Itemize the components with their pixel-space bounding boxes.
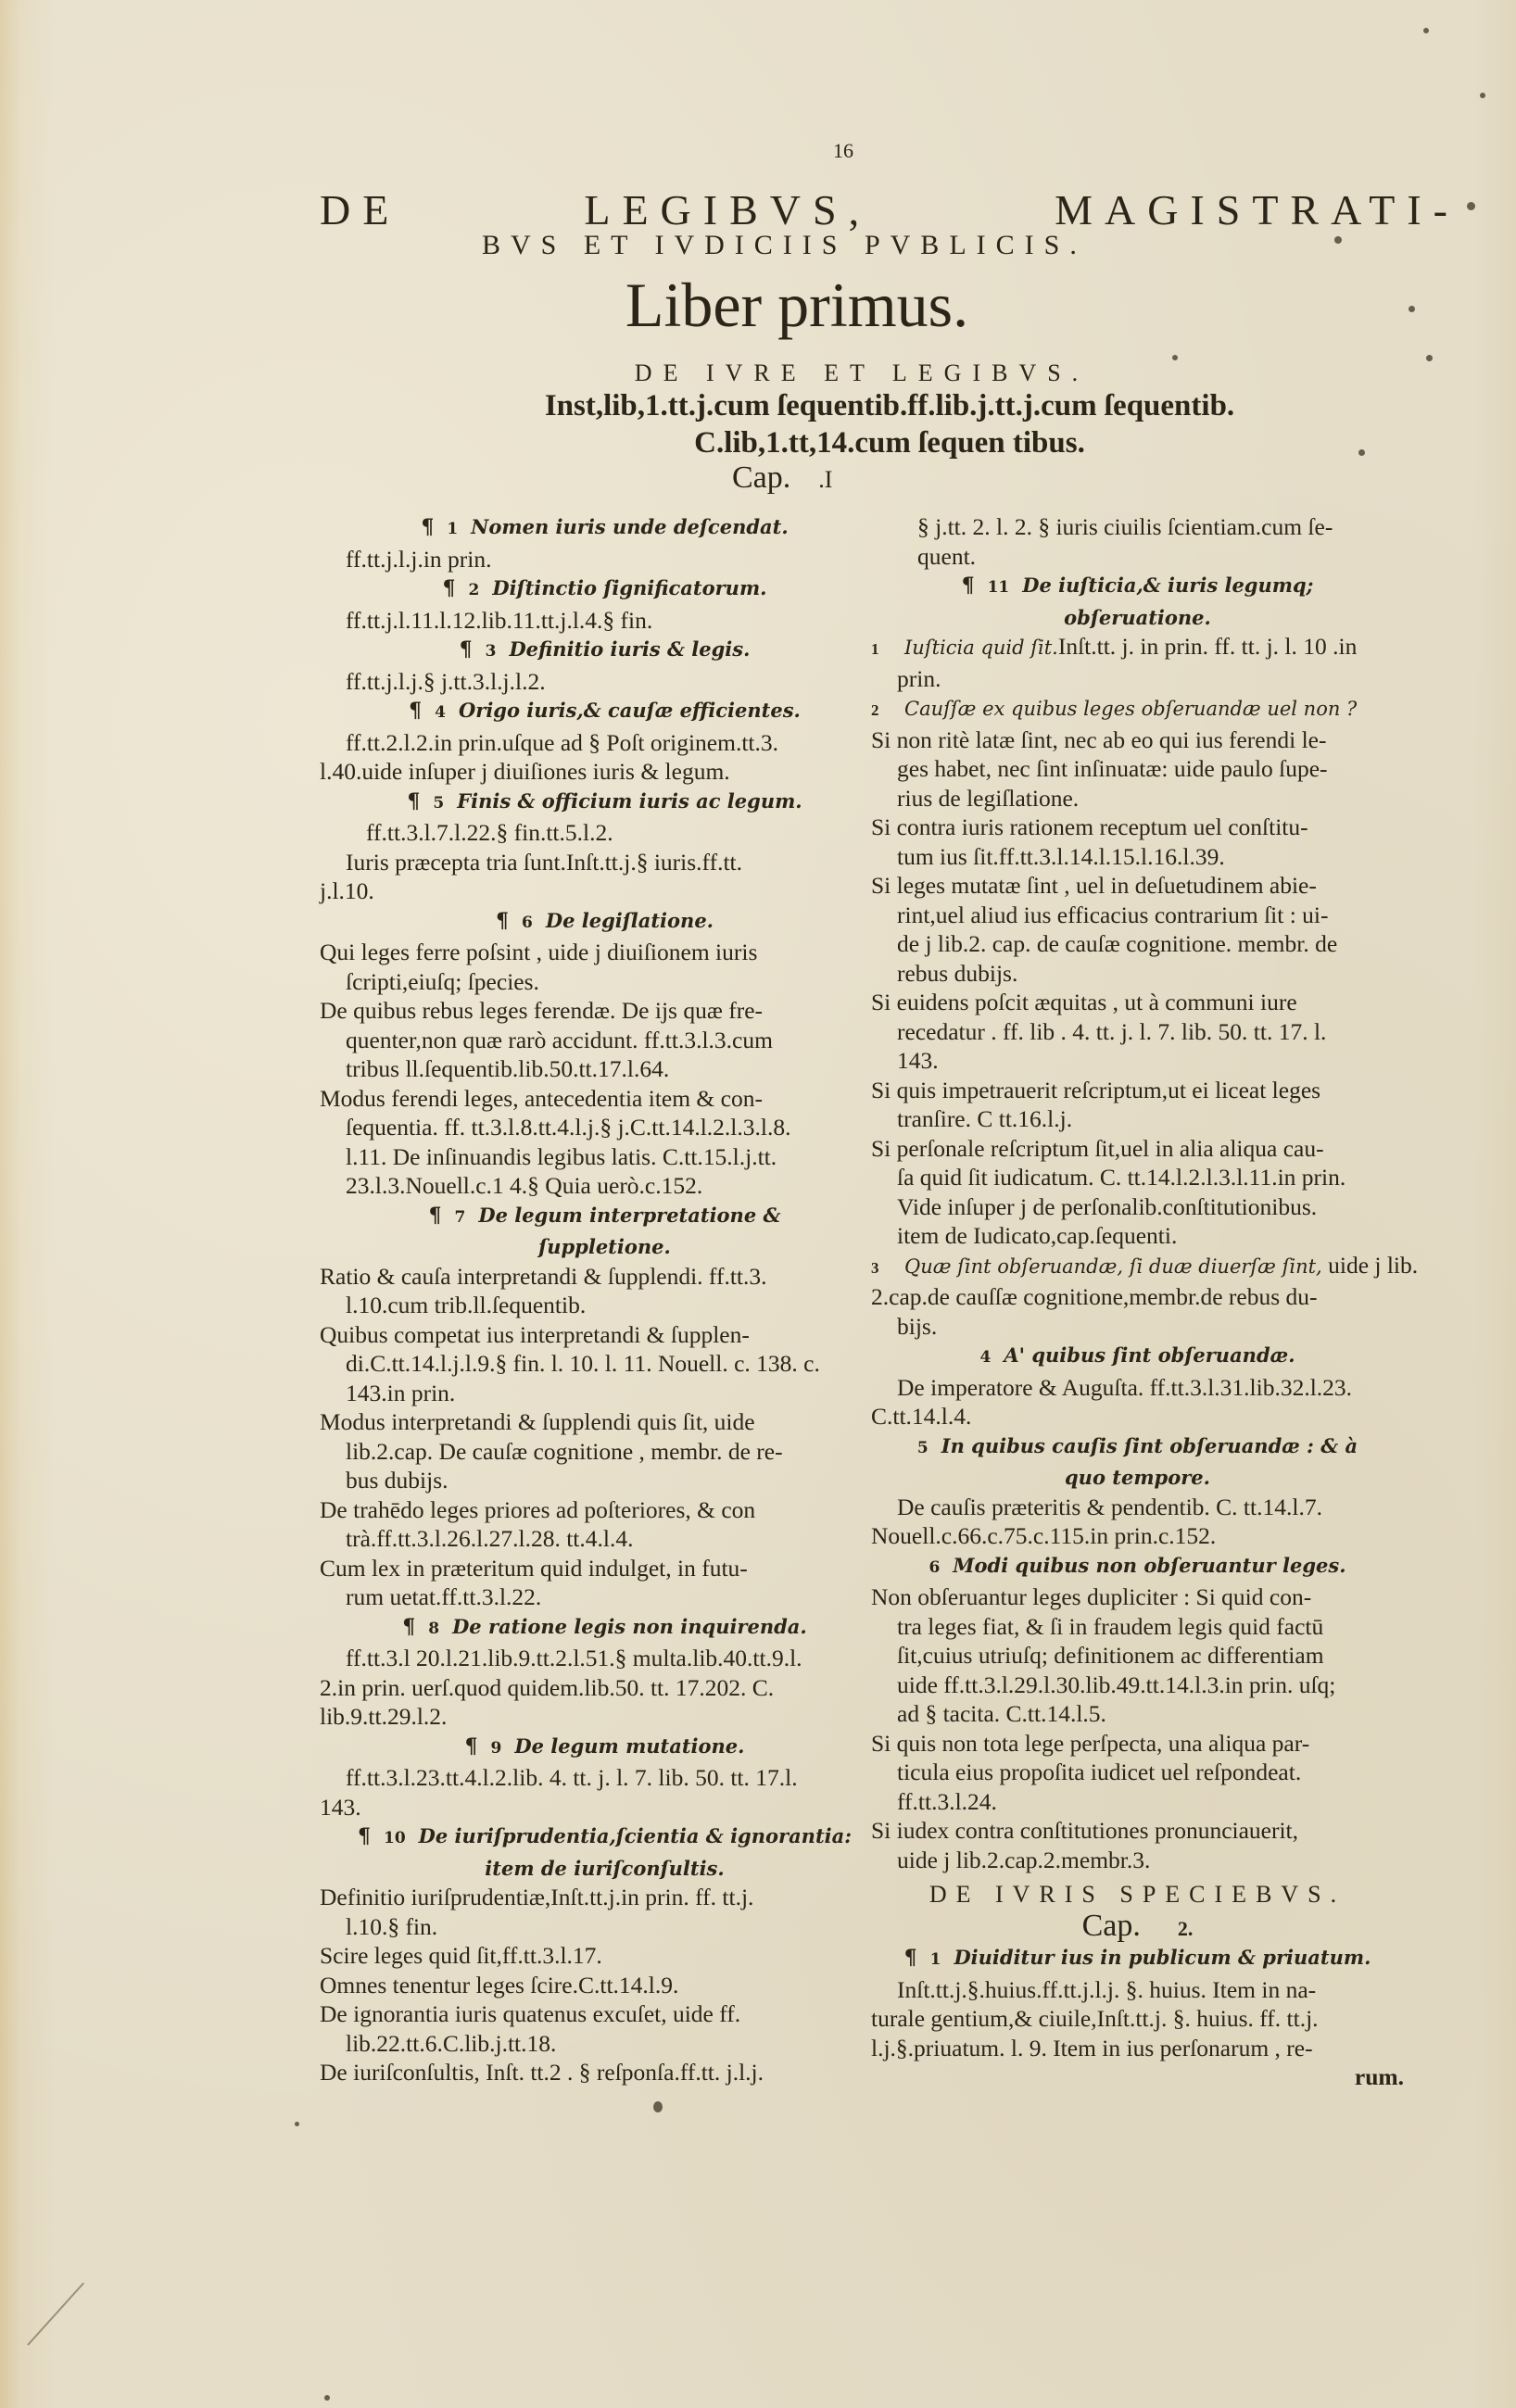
paper-spot [1172, 355, 1178, 360]
rubric-heading-continuation: item de iuriſconſultis. [320, 1854, 890, 1884]
rubric-heading: ¶3Definitio iuris & legis. [320, 635, 890, 667]
book-title: Liber primus. [519, 269, 1075, 342]
text-line: rint,uel aliud ius efficacius contrarium… [871, 901, 1404, 930]
rubric-heading: ¶6De legiſlatione. [320, 906, 890, 939]
chapter-number: 2. [1178, 1917, 1194, 1940]
paper-spot [653, 2101, 663, 2112]
catchword: rum. [871, 2062, 1404, 2092]
text-line: Scire leges quid ſit,ff.tt.3.l.17. [320, 1941, 890, 1971]
numbered-subheading: 5In quibus cauſis ſint obſeruandæ : & à [871, 1431, 1404, 1464]
text-line: ticula eius propoſita iudicet uel reſpon… [871, 1758, 1404, 1787]
text-line: ad § tacita. C.tt.14.l.5. [871, 1699, 1404, 1729]
text-line: 23.l.3.Nouell.c.1 4.§ Quia uerò.c.152. [320, 1171, 890, 1201]
paper-spot [1358, 449, 1365, 456]
text-line: 2.in prin. uerſ.quod quidem.lib.50. tt. … [320, 1673, 890, 1703]
rubric-number: 9 [491, 1739, 502, 1758]
text-line: ff.tt.j.l.j.§ j.tt.3.l.j.l.2. [320, 667, 890, 697]
text-line: recedatur . ff. lib . 4. tt. j. l. 7. li… [871, 1017, 1404, 1047]
text-line: 2.cap.de cauſſæ cognitione,membr.de rebu… [871, 1282, 1404, 1312]
paper-spot [1409, 306, 1415, 312]
text-line: Cum lex in præteritum quid indulget, in … [320, 1554, 890, 1583]
entry-italic-lead: Iuſticia quid ſit. [904, 637, 1058, 659]
subheading-number: 5 [917, 1439, 929, 1457]
rubric-heading: ¶11De iuſticia,& iuris legumq; [871, 571, 1404, 603]
pilcrow-icon: ¶ [409, 699, 422, 723]
text-line: tranſire. C tt.16.l.j. [871, 1104, 1404, 1134]
text-line: Si contra iuris rationem receptum uel co… [871, 813, 1404, 842]
entry-italic-lead: Cauſſæ ex quibus leges obſeruandæ uel no… [904, 698, 1357, 720]
entry-number: 3 [871, 1254, 904, 1283]
text-line: ſit,cuius utriuſq; definitionem ac diffe… [871, 1641, 1404, 1670]
chapter-label: Cap. [732, 460, 790, 495]
text-line: 143. [871, 1046, 1404, 1076]
text-line: Qui leges ferre poſsint , uide j diuiſio… [320, 938, 890, 967]
text-line: ff.tt.2.l.2.in prin.uſque ad § Poſt orig… [320, 728, 890, 758]
pilcrow-icon: ¶ [465, 1734, 478, 1759]
entry-italic-lead: Quæ ſint obſeruandæ, ſi duæ diuerſæ ſint… [904, 1255, 1322, 1278]
title-word: DE [320, 185, 400, 234]
rubric-heading: ¶7De legum interpretatione & [320, 1201, 890, 1233]
text-line: ff.tt.3.l 20.l.21.lib.9.tt.2.l.51.§ mult… [320, 1644, 890, 1673]
text-line: j.l.10. [320, 876, 890, 906]
entry-number: 2 [871, 696, 904, 725]
text-line: l.j.§.priuatum. l. 9. Item in ius perſon… [871, 2034, 1404, 2063]
paper-spot [1426, 355, 1433, 361]
text-line: De imperatore & Auguſta. ff.tt.3.l.31.li… [871, 1373, 1404, 1403]
text-line: ſa quid ſit iudicatum. C. tt.14.l.2.l.3.… [871, 1163, 1404, 1192]
text-line: Definitio iuriſprudentiæ,Inſt.tt.j.in pr… [320, 1883, 890, 1912]
rubric-text: Diuiditur ius in publicum & priuatum. [954, 1946, 1371, 1969]
entry-number: 1 [871, 635, 904, 664]
book-page: 16 DE LEGIBVS, MAGISTRATI- BVS ET IVDICI… [0, 0, 1516, 2408]
subheading-text: A' quibus ſint obſeruandæ. [1004, 1343, 1295, 1367]
subheading-number: 6 [929, 1558, 940, 1577]
text-line: Quibus competat ius interpretandi & ſupp… [320, 1320, 890, 1350]
running-title-line1: DE LEGIBVS, MAGISTRATI- [320, 185, 1459, 234]
rubric-text: Definitio iuris & legis. [509, 637, 750, 661]
chapter-heading: Cap..I [732, 460, 1103, 496]
paper-spot [324, 2395, 330, 2401]
text-line: Ratio & cauſa interpretandi & ſupplendi.… [320, 1262, 890, 1292]
rubric-number: 11 [988, 578, 1010, 597]
text-line: lib.22.tt.6.C.lib.j.tt.18. [320, 2029, 890, 2059]
paper-crease [27, 2282, 84, 2345]
pilcrow-icon: ¶ [407, 789, 420, 813]
text-line: Si iudex contra conſtitutiones pronuncia… [871, 1816, 1404, 1846]
rubric-heading: ¶2Diſtinctio ſignificatorum. [320, 574, 890, 606]
rubric-heading: ¶4Origo iuris,& cauſæ efficientes. [320, 696, 890, 728]
text-line: Omnes tenentur leges ſcire.C.tt.14.l.9. [320, 1971, 890, 2000]
text-line: uide ff.tt.3.l.29.l.30.lib.49.tt.14.l.3.… [871, 1670, 1404, 1700]
text-line: lib.9.tt.29.l.2. [320, 1702, 890, 1732]
subheading-text: In quibus cauſis ſint obſeruandæ : & à [941, 1434, 1358, 1457]
pilcrow-icon: ¶ [443, 576, 456, 600]
text-line: De trahēdo leges priores ad poſteriores,… [320, 1495, 890, 1525]
rubric-text: Finis & officium iuris ac legum. [457, 789, 802, 813]
rubric-text: De iuriſprudentia,ſcientia & ignorantia: [419, 1824, 852, 1847]
rubric-text: De legum mutatione. [514, 1734, 744, 1758]
text-line: bijs. [871, 1312, 1404, 1342]
rubric-text: De iuſticia,& iuris legumq; [1022, 574, 1313, 597]
rubric-number: 6 [522, 914, 533, 932]
paper-spot [1334, 236, 1342, 244]
left-column: ¶1Nomen iuris unde deſcendat.ff.tt.j.l.j… [320, 512, 890, 2087]
rubric-text: Diſtinctio ſignificatorum. [492, 576, 766, 599]
pilcrow-icon: ¶ [496, 909, 509, 933]
text-line: bus dubijs. [320, 1466, 890, 1495]
numbered-subheading: 6Modi quibus non obſeruantur leges. [871, 1551, 1404, 1583]
running-title-line2: BVS ET IVDICIIS PVBLICIS. [482, 230, 1316, 261]
paper-spot [1423, 28, 1429, 33]
numbered-entry: 3Quæ ſint obſeruandæ, ſi duæ diuerſæ ſin… [871, 1251, 1404, 1283]
text-line: C.tt.14.l.4. [871, 1402, 1404, 1431]
rubric-heading-continuation: quo tempore. [871, 1463, 1404, 1493]
text-line: De ignorantia iuris quatenus excuſet, ui… [320, 1999, 890, 2029]
text-line: Non obſeruantur leges dupliciter : Si qu… [871, 1582, 1404, 1612]
text-line: tra leges fiat, & ſi in fraudem legis qu… [871, 1612, 1404, 1642]
text-line: tribus ll.ſequentib.lib.50.tt.17.l.64. [320, 1054, 890, 1084]
text-line: Modus ferendi leges, antecedentia item &… [320, 1084, 890, 1114]
text-line: quenter,non quæ rarò accidunt. ff.tt.3.l… [320, 1026, 890, 1055]
text-line: Si quis impetrauerit reſcriptum,ut ei li… [871, 1076, 1404, 1105]
page-number: 16 [815, 139, 871, 163]
text-line: 143.in prin. [320, 1379, 890, 1408]
text-line: Si non ritè latæ ſint, nec ab eo qui ius… [871, 725, 1404, 755]
text-line: ſcripti,eiuſq; ſpecies. [320, 967, 890, 997]
rubric-number: 8 [428, 1620, 439, 1638]
text-line: ff.tt.j.l.11.l.12.lib.11.tt.j.l.4.§ fin. [320, 606, 890, 636]
text-line: ges habet, nec ſint inſinuatæ: uide paul… [871, 754, 1404, 784]
text-line: l.10.cum trib.ll.ſequentib. [320, 1291, 890, 1320]
text-line: l.10.§ fin. [320, 1912, 890, 1942]
title-word: MAGISTRATI- [1055, 185, 1459, 234]
subheading-text: Modi quibus non obſeruantur leges. [953, 1554, 1345, 1577]
pilcrow-icon: ¶ [904, 1946, 917, 1970]
rubric-text: De ratione legis non inquirenda. [452, 1615, 807, 1638]
text-line: tum ius ſit.ff.tt.3.l.14.l.15.l.16.l.39. [871, 842, 1404, 872]
text-line: Si perſonale reſcriptum ſit,uel in alia … [871, 1134, 1404, 1164]
text-line: De quibus rebus leges ferendæ. De ijs qu… [320, 996, 890, 1026]
text-line: rum uetat.ff.tt.3.l.22. [320, 1582, 890, 1612]
text-line: Si euidens poſcit æquitas , ut à communi… [871, 988, 1404, 1017]
paper-spot [1480, 93, 1485, 98]
section-heading: DE IVRIS SPECIEBVS. [871, 1880, 1404, 1910]
text-line: trà.ff.tt.3.l.26.l.27.l.28. tt.4.l.4. [320, 1524, 890, 1554]
rubric-heading: ¶8De ratione legis non inquirenda. [320, 1612, 890, 1645]
rubric-number: 7 [455, 1208, 466, 1227]
pilcrow-icon: ¶ [429, 1204, 442, 1228]
rubric-text: De legum interpretatione & [478, 1204, 780, 1227]
numbered-entry: 1Iuſticia quid ſit.Inſt.tt. j. in prin. … [871, 632, 1404, 664]
entry-text: uide j lib. [1322, 1252, 1418, 1279]
text-line: § j.tt. 2. l. 2. § iuris ciuilis ſcienti… [871, 512, 1404, 542]
rubric-text: Nomen iuris unde deſcendat. [471, 515, 788, 538]
pilcrow-icon: ¶ [460, 637, 473, 662]
text-line: Modus interpretandi & ſupplendi quis ſit… [320, 1407, 890, 1437]
text-line: lib.2.cap. De cauſæ cognitione , membr. … [320, 1437, 890, 1467]
text-line: Si quis non tota lege perſpecta, una ali… [871, 1729, 1404, 1759]
rubric-number: 3 [486, 642, 497, 661]
entry-text: Inſt.tt. j. in prin. ff. tt. j. l. 10 .i… [1058, 633, 1358, 660]
text-line: l.11. De inſinuandis legibus latis. C.tt… [320, 1142, 890, 1172]
source-citation: C.lib,1.tt,14.cum ſequen tibus. [565, 426, 1214, 460]
rubric-number: 1 [447, 520, 458, 538]
rubric-heading: ¶10De iuriſprudentia,ſcientia & ignorant… [320, 1822, 890, 1854]
text-line: Vide inſuper j de perſonalib.conſtitutio… [871, 1192, 1404, 1222]
text-line: Nouell.c.66.c.75.c.115.in prin.c.152. [871, 1521, 1404, 1551]
text-line: turale gentium,& ciuile,Inſt.tt.j. §. hu… [871, 2004, 1404, 2034]
title-word: LEGIBVS, [584, 185, 871, 234]
section-heading: DE IVRE ET LEGIBVS. [584, 359, 1140, 387]
chapter-label: Cap. [1082, 1909, 1141, 1943]
text-line: Si leges mutatæ ſint , uel in deſuetudin… [871, 871, 1404, 901]
text-line: De cauſis præteritis & pendentib. C. tt.… [871, 1493, 1404, 1522]
pilcrow-icon: ¶ [962, 574, 975, 598]
text-line: di.C.tt.14.l.j.l.9.§ fin. l. 10. l. 11. … [320, 1349, 890, 1379]
rubric-heading-continuation: obſeruatione. [871, 603, 1404, 633]
text-line: ff.tt.j.l.j.in prin. [320, 545, 890, 574]
rubric-number: 1 [930, 1950, 941, 1969]
text-line: de j lib.2. cap. de cauſæ cognitione. me… [871, 929, 1404, 959]
text-line: Inſt.tt.j.§.huius.ff.tt.j.l.j. §. huius.… [871, 1975, 1404, 2005]
rubric-heading: ¶9De legum mutatione. [320, 1732, 890, 1764]
text-line: De iuriſconſultis, Inſt. tt.2 . § reſpon… [320, 2058, 890, 2087]
source-citation: Inst,lib,1.tt.j.cum ſequentib.ff.lib.j.t… [473, 389, 1307, 423]
rubric-heading: ¶1Nomen iuris unde deſcendat. [320, 512, 890, 545]
numbered-subheading: 4A' quibus ſint obſeruandæ. [871, 1341, 1404, 1373]
pilcrow-icon: ¶ [402, 1615, 415, 1639]
text-line: rius de legiſlatione. [871, 784, 1404, 813]
chapter-heading: Cap.2. [871, 1911, 1404, 1944]
text-line: l.40.uide inſuper j diuiſiones iuris & l… [320, 757, 890, 787]
text-line: ff.tt.3.l.7.l.22.§ fin.tt.5.l.2. [320, 818, 890, 848]
text-line: prin. [871, 664, 1404, 694]
subheading-number: 4 [979, 1348, 991, 1367]
numbered-entry: 2Cauſſæ ex quibus leges obſeruandæ uel n… [871, 693, 1404, 725]
text-line: rebus dubijs. [871, 959, 1404, 989]
text-line: quent. [871, 542, 1404, 572]
text-line: uide j lib.2.cap.2.membr.3. [871, 1846, 1404, 1875]
right-column: § j.tt. 2. l. 2. § iuris ciuilis ſcienti… [871, 512, 1404, 2092]
rubric-text: Origo iuris,& cauſæ efficientes. [459, 699, 801, 722]
text-line: ff.tt.3.l.23.tt.4.l.2.lib. 4. tt. j. l. … [320, 1763, 890, 1793]
rubric-number: 10 [384, 1829, 406, 1847]
rubric-text: De legiſlatione. [546, 909, 714, 932]
pilcrow-icon: ¶ [358, 1824, 371, 1848]
chapter-number: .I [818, 466, 832, 493]
rubric-number: 5 [433, 794, 444, 813]
pilcrow-icon: ¶ [421, 515, 434, 539]
paper-spot [295, 2122, 299, 2126]
text-line: ff.tt.3.l.24. [871, 1787, 1404, 1817]
rubric-number: 4 [435, 703, 446, 722]
rubric-number: 2 [469, 581, 480, 599]
text-line: item de Iudicato,cap.ſequenti. [871, 1221, 1404, 1251]
paper-spot [1467, 202, 1475, 210]
text-line: ſequentia. ff. tt.3.l.8.tt.4.l.j.§ j.C.t… [320, 1113, 890, 1142]
rubric-heading: ¶1Diuiditur ius in publicum & priuatum. [871, 1943, 1404, 1975]
rubric-heading-continuation: ſuppletione. [320, 1232, 890, 1262]
text-line: Iuris præcepta tria ſunt.Inſt.tt.j.§ iur… [320, 848, 890, 877]
text-line: 143. [320, 1793, 890, 1822]
rubric-heading: ¶5Finis & officium iuris ac legum. [320, 787, 890, 819]
